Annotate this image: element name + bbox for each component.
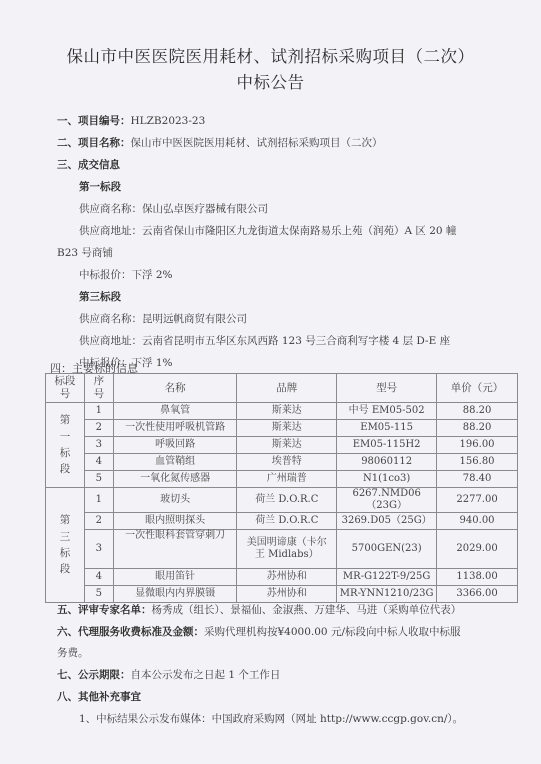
cell-model: N1(1co3)	[337, 471, 437, 488]
cell-no: 4	[84, 454, 113, 471]
cell-brand: 斯莱达	[237, 437, 337, 454]
header-number: 序号	[84, 374, 113, 403]
cell-no: 4	[84, 569, 113, 586]
lot1-supplier-address-cont: B23 号商铺	[57, 245, 113, 260]
header-price: 单价（元）	[437, 374, 518, 403]
cell-brand: 斯莱达	[237, 420, 337, 437]
cell-price: 2277.00	[437, 488, 518, 513]
table-row: 5 显微眼内内界膜镊 苏州协和 MR-YNN1210/23G 3366.00	[46, 586, 518, 603]
publication-media-note: 1、中标结果公示发布媒体：中国政府采购网（网址 http://www.ccgp.…	[79, 711, 463, 726]
header-model: 型号	[337, 374, 437, 403]
table-row: 2 一次性使用呼吸机管路 斯莱达 EM05-115 88.20	[46, 420, 518, 437]
table-row: 第三标段 1 玻切头 荷兰 D.O.R.C 6267.NMD06（23G） 22…	[46, 488, 518, 513]
cell-name: 血管鞘组	[113, 454, 237, 471]
field-value: 下浮 2%	[132, 269, 173, 281]
cell-brand: 斯莱达	[237, 403, 337, 420]
cell-model: EM05-115H2	[337, 437, 437, 454]
cell-model: EM05-115	[337, 420, 437, 437]
cell-model: 6267.NMD06（23G）	[337, 488, 437, 513]
table-row: 4 血管鞘组 埃普特 98060112 156.80	[46, 454, 518, 471]
segment-cell-lot3: 第三标段	[46, 488, 85, 603]
table-row: 第一标段 1 鼻氧管 斯莱达 中号 EM05-502 88.20	[46, 403, 518, 420]
section-label: 五、评审专家名单：	[57, 604, 152, 616]
section-experts: 五、评审专家名单：杨秀成（组长）、景福仙、金淑燕、万建华、马进（采购单位代表）	[57, 602, 461, 617]
field-label: 供应商地址：	[79, 225, 142, 237]
cell-model: MR-YNN1210/23G	[337, 586, 437, 603]
cell-brand: 广州瑞普	[237, 471, 337, 488]
header-brand: 品牌	[237, 374, 337, 403]
field-value: 保山弘卓医疗器械有限公司	[142, 203, 268, 215]
lot1-supplier-name: 供应商名称：保山弘卓医疗器械有限公司	[79, 201, 268, 216]
cell-name: 眼内照明探头	[113, 513, 237, 530]
project-name-value: 保山市中医医院医用耗材、试剂招标采购项目（二次）	[131, 137, 383, 149]
lot3-heading: 第三标段	[79, 289, 121, 304]
section-project-number: 一、项目编号：HLZB2023-23	[57, 113, 205, 128]
table-row: 5 一氧化氮传感器 广州瑞普 N1(1co3) 78.40	[46, 471, 518, 488]
segment-cell-lot1: 第一标段	[46, 403, 85, 488]
cell-model: MR-G122T-9/25G	[337, 569, 437, 586]
section-agency-fee: 六、代理服务收费标准及金额：采购代理机构按¥4000.00 元/标段向中标人收取…	[57, 624, 460, 639]
table-header-row: 标段号 序号 名称 品牌 型号 单价（元）	[46, 374, 518, 403]
cell-price: 78.40	[437, 471, 518, 488]
cell-brand: 苏州协和	[237, 586, 337, 603]
field-label: 供应商名称：	[79, 203, 142, 215]
items-table: 标段号 序号 名称 品牌 型号 单价（元） 第一标段 1 鼻氧管 斯莱达 中号 …	[45, 373, 518, 603]
cell-name: 眼用笛针	[113, 569, 237, 586]
cell-no: 2	[84, 420, 113, 437]
table-row: 4 眼用笛针 苏州协和 MR-G122T-9/25G 1138.00	[46, 569, 518, 586]
field-label: 供应商地址：	[79, 335, 142, 347]
section-project-name: 二、项目名称：保山市中医医院医用耗材、试剂招标采购项目（二次）	[57, 135, 383, 150]
section-label: 二、项目名称：	[57, 137, 131, 149]
cell-no: 5	[84, 586, 113, 603]
lot3-supplier-address: 供应商地址：云南省昆明市五华区东风西路 123 号三合商利写字楼 4 层 D-E…	[79, 333, 450, 348]
cell-price: 3366.00	[437, 586, 518, 603]
cell-price: 88.20	[437, 403, 518, 420]
cell-price: 2029.00	[437, 530, 518, 569]
cell-price: 940.00	[437, 513, 518, 530]
lot3-supplier-name: 供应商名称：昆明远帆商贸有限公司	[79, 311, 247, 326]
cell-name: 一次性使用呼吸机管路	[113, 420, 237, 437]
cell-no: 2	[84, 513, 113, 530]
lot1-heading: 第一标段	[79, 179, 121, 194]
cell-price: 88.20	[437, 420, 518, 437]
header-segment: 标段号	[46, 374, 85, 403]
cell-name: 显微眼内内界膜镊	[113, 586, 237, 603]
cell-no: 1	[84, 403, 113, 420]
table-row: 2 眼内照明探头 荷兰 D.O.R.C 3269.D05（25G） 940.00	[46, 513, 518, 530]
section-label: 一、项目编号：	[57, 115, 131, 127]
project-number-value: HLZB2023-23	[131, 115, 206, 127]
header-name: 名称	[113, 374, 237, 403]
cell-price: 1138.00	[437, 569, 518, 586]
field-value: 云南省保山市隆阳区九龙街道太保南路易乐上苑（润苑）A 区 20 幢	[142, 225, 456, 237]
cell-model: 中号 EM05-502	[337, 403, 437, 420]
cell-name: 玻切头	[113, 488, 237, 513]
document-title-line2: 中标公告	[0, 69, 541, 93]
table-row: 3 一次性眼科套管穿刺刀 美国明谛康（卡尔王 Midlabs） 5700GEN(…	[46, 530, 518, 569]
section-label: 七、公示期限：	[57, 669, 131, 681]
cell-brand: 美国明谛康（卡尔王 Midlabs）	[237, 530, 337, 569]
publicity-period-value: 自本公示发布之日起 1 个工作日	[131, 669, 281, 681]
cell-model: 98060112	[337, 454, 437, 471]
cell-no: 3	[84, 530, 113, 569]
section-publicity-period: 七、公示期限：自本公示发布之日起 1 个工作日	[57, 667, 280, 682]
document-title-line1: 保山市中医医院医用耗材、试剂招标采购项目（二次）	[0, 43, 541, 67]
lot1-supplier-address: 供应商地址：云南省保山市隆阳区九龙街道太保南路易乐上苑（润苑）A 区 20 幢	[79, 223, 456, 238]
section-deal-info: 三、成交信息	[57, 157, 120, 172]
field-value: 昆明远帆商贸有限公司	[142, 313, 247, 325]
cell-name: 鼻氧管	[113, 403, 237, 420]
cell-brand: 荷兰 D.O.R.C	[237, 488, 337, 513]
cell-name: 一氧化氮传感器	[113, 471, 237, 488]
cell-price: 156.80	[437, 454, 518, 471]
experts-value: 杨秀成（组长）、景福仙、金淑燕、万建华、马进（采购单位代表）	[152, 604, 462, 616]
cell-no: 3	[84, 437, 113, 454]
cell-brand: 埃普特	[237, 454, 337, 471]
cell-model: 3269.D05（25G）	[337, 513, 437, 530]
cell-price: 196.00	[437, 437, 518, 454]
cell-no: 1	[84, 488, 113, 513]
cell-no: 5	[84, 471, 113, 488]
lot1-bid-price: 中标报价：下浮 2%	[79, 267, 173, 282]
section-other-matters: 八、其他补充事宜	[57, 689, 141, 704]
table-row: 3 呼吸回路 斯莱达 EM05-115H2 196.00	[46, 437, 518, 454]
cell-name: 一次性眼科套管穿刺刀	[113, 530, 237, 569]
cell-brand: 苏州协和	[237, 569, 337, 586]
agency-fee-value: 采购代理机构按¥4000.00 元/标段向中标人收取中标服	[204, 626, 460, 638]
section-label: 六、代理服务收费标准及金额：	[57, 626, 204, 638]
cell-brand: 荷兰 D.O.R.C	[237, 513, 337, 530]
field-label: 中标报价：	[79, 269, 132, 281]
field-label: 供应商名称：	[79, 313, 142, 325]
field-value: 云南省昆明市五华区东风西路 123 号三合商利写字楼 4 层 D-E 座	[142, 335, 450, 347]
cell-name: 呼吸回路	[113, 437, 237, 454]
cell-model: 5700GEN(23)	[337, 530, 437, 569]
section-agency-fee-cont: 务费。	[57, 645, 89, 660]
